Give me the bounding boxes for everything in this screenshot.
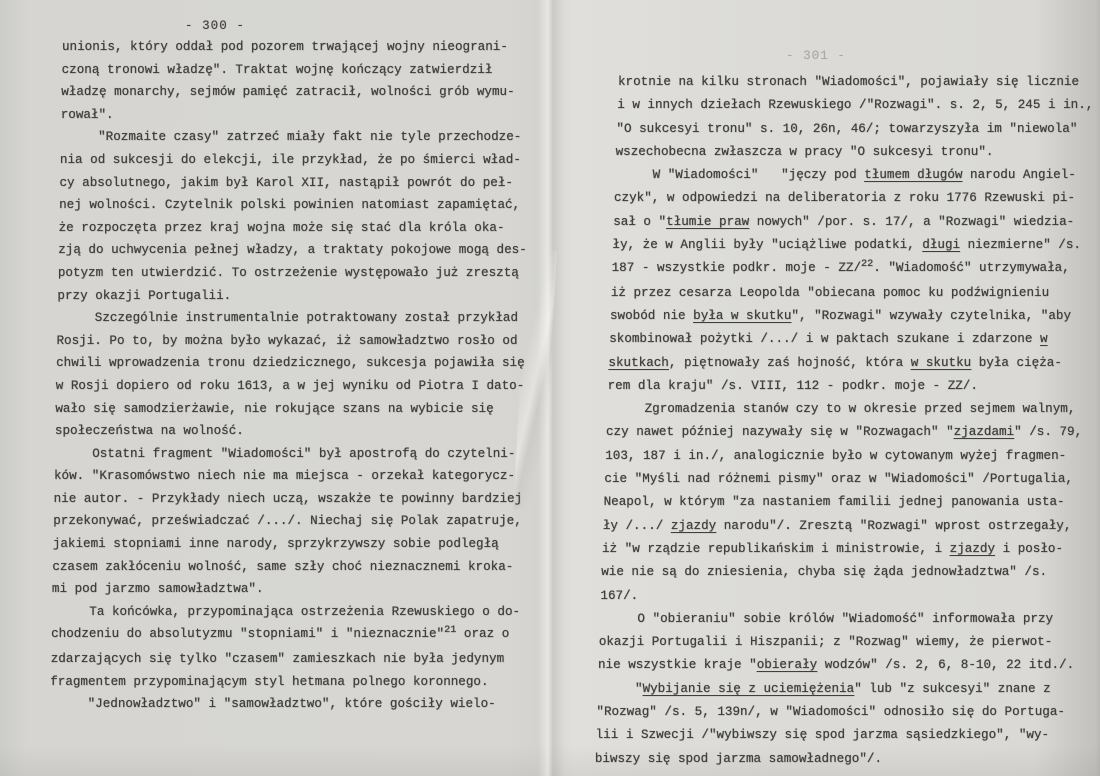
text-segment: O "obieraniu" sobie królów "Wiadomość" i…: [600, 612, 1053, 626]
text-line: potyzm ten utwierdzić. To ostrzeżenie wy…: [58, 262, 527, 285]
text-segment: wało się samodzierżawie, nie rokujące sz…: [55, 402, 493, 416]
text-segment: " /s. 79,: [1014, 425, 1082, 439]
text-segment: niezmierne" /s.: [960, 238, 1081, 252]
text-segment: . "Wiadomość" utrzymywała,: [873, 261, 1070, 275]
text-segment: nie autor. - Przykłady niech uczą, wszak…: [54, 492, 523, 506]
text-line: okazji Portugalii i Hiszpanii; z "Rozwag…: [599, 631, 1094, 654]
text-line: rował".: [61, 104, 527, 127]
text-segment: skombinował pożytki /.../ i w paktach sz…: [609, 332, 1040, 346]
text-line: "Rozwag" /s. 5, 139n/, w "Wiadomości" od…: [596, 701, 1093, 724]
text-line: zją do uchwycenia pełnej władzy, a trakt…: [58, 239, 527, 262]
text-segment: wie nie są do zniesienia, chyba się żąda…: [601, 565, 1047, 579]
text-segment: przy okazji Portugalii.: [57, 289, 231, 303]
text-line: społeczeństwa na wolność.: [55, 420, 527, 443]
text-segment: W "Wiadomości" "jęczy pod: [615, 168, 864, 182]
underlined-phrase: zjazdami: [954, 425, 1014, 439]
text-line: władzę monarchy, sejmów pamięć zatracił,…: [61, 81, 527, 104]
footnote-marker: 22: [861, 253, 873, 276]
text-segment: władzę monarchy, sejmów pamięć zatracił,…: [61, 85, 514, 99]
text-line: Ostatni fragment "Wiadomości" był apostr…: [54, 443, 526, 466]
text-segment: narodu Angiel-: [962, 168, 1075, 182]
text-segment: 167/.: [600, 589, 638, 603]
underlined-phrase: tłumem długów: [864, 168, 962, 182]
text-line: przekonywać, przeświadczać /.../. Niecha…: [53, 510, 527, 533]
text-segment: "Rozwag" /s. 5, 139n/, w "Wiadomości" od…: [596, 705, 1065, 719]
text-line: iż przez cesarza Leopolda "obiecana pomo…: [611, 282, 1094, 305]
text-segment: Neapol, w którym "za nastaniem familii j…: [604, 495, 1065, 509]
text-line: swobód nie była w skutku", "Rozwagi" wzy…: [610, 305, 1093, 328]
text-segment: Szczególnie instrumentalnie potraktowany…: [57, 311, 518, 325]
text-line: czy nawet później nazywały się w "Rozwag…: [606, 421, 1093, 444]
text-line: 167/.: [600, 585, 1093, 608]
text-segment: czoną tronowi władzę". Traktat wojnę koń…: [62, 63, 493, 77]
text-line: ków. "Krasomówstwo niech nie ma miejsca …: [54, 465, 527, 488]
text-segment: przekonywać, przeświadczać /.../. Niecha…: [53, 514, 522, 528]
text-segment: ków. "Krasomówstwo niech nie ma miejsca …: [54, 469, 515, 483]
text-segment: oraz o: [456, 627, 509, 641]
text-line: nia od sukcesji do elekcji, ile przykład…: [60, 149, 527, 172]
text-line: unionis, który oddał pod pozorem trwając…: [62, 36, 527, 59]
text-line: przy okazji Portugalii.: [57, 285, 526, 308]
text-line: krotnie na kilku stronach "Wiadomości", …: [618, 71, 1093, 94]
text-segment: była cięża-: [971, 356, 1062, 370]
text-line: nie autor. - Przykłady niech uczą, wszak…: [54, 488, 527, 511]
text-line: chwili wprowadzenia tronu dziedzicznego,…: [56, 352, 527, 375]
underlined-phrase: zjazdy: [671, 519, 716, 533]
text-segment: Ostatni fragment "Wiadomości" był apostr…: [54, 447, 515, 461]
text-line: Szczególnie instrumentalnie potraktowany…: [57, 307, 527, 330]
text-line: biwszy się spod jarzma samowładnego"/.: [595, 748, 1094, 771]
text-line: ły, że w Anglii były "uciążliwe podatki,…: [612, 234, 1093, 257]
text-line: że rozpoczęta przez kraj wojna może się …: [59, 217, 527, 240]
page-number-right: - 301 -: [786, 49, 846, 63]
text-segment: ", "Rozwagi" wzywały czytelnika, "aby: [791, 309, 1071, 323]
text-segment: cy absolutnego, jakim był Karol XII, nas…: [60, 176, 513, 190]
text-segment: mi pod jarzmo samowładztwa".: [52, 582, 264, 596]
text-segment: nej wolności. Czytelnik polski powinien …: [59, 198, 520, 212]
text-segment: chwili wprowadzenia tronu dziedzicznego,…: [56, 356, 525, 370]
text-segment: iż przez cesarza Leopolda "obiecana pomo…: [611, 286, 1049, 300]
text-line: czoną tronowi władzę". Traktat wojnę koń…: [62, 59, 527, 82]
text-line: Zgromadzenia stanów czy to w okresie prz…: [607, 398, 1094, 421]
text-segment: nie wszystkie kraje ": [598, 658, 757, 672]
text-segment: i posło-: [995, 542, 1063, 556]
underlined-phrase: Wybijanie się z uciemiężenia: [643, 682, 855, 696]
text-segment: rem dla kraju" /s. VIII, 112 - podkr. mo…: [608, 379, 978, 393]
text-segment: "Jednowładztwo" i "samowładztwo", które …: [50, 697, 496, 711]
text-line: Neapol, w którym "za nastaniem familii j…: [604, 491, 1094, 514]
text-segment: , piętnowały zaś hojność, która: [669, 356, 911, 370]
text-segment: czasem zakłóceniu wolność, same szły cho…: [52, 560, 513, 574]
text-segment: ły, że w Anglii były "uciążliwe podatki,: [612, 238, 922, 252]
text-line: i w innych dziełach Rzewuskiego /"Rozwag…: [617, 94, 1093, 117]
text-segment: lii i Szwecji /"wybiwszy się spod jarzma…: [596, 728, 1049, 742]
text-segment: 187 - wszystkie podkr. moje - ZZ/: [612, 261, 861, 275]
text-line: rem dla kraju" /s. VIII, 112 - podkr. mo…: [608, 375, 1094, 398]
text-line: Rosji. Po to, by można było wykazać, iż …: [57, 330, 527, 353]
text-line: cie "Myśli nad różnemi pismy" oraz w "Wi…: [604, 468, 1093, 491]
underlined-phrase: obierały: [757, 658, 817, 672]
text-segment: czyk", w odpowiedzi na deliberatoria z r…: [614, 191, 1075, 205]
text-segment: ły /.../: [603, 519, 671, 533]
text-line: wszechobecna zwłaszcza w pracy "O sukces…: [616, 141, 1094, 164]
text-segment: nia od sukcesji do elekcji, ile przykład…: [60, 153, 521, 167]
footnote-marker: 21: [444, 620, 456, 643]
text-line: "Rozmaite czasy" zatrzeć miały fakt nie …: [60, 126, 526, 149]
text-line: nie wszystkie kraje "obierały wodzów" /s…: [598, 654, 1093, 677]
text-line: 103, 187 i in./, analogicznie było w cyt…: [605, 445, 1093, 468]
text-segment: Ta końcówka, przypominająca ostrzeżenia …: [52, 605, 521, 619]
text-line: O "obieraniu" sobie królów "Wiadomość" i…: [600, 608, 1094, 631]
text-line: w Rosji dopiero od roku 1613, a w jej wy…: [56, 375, 527, 398]
text-segment: wodzów" /s. 2, 6, 8-10, 22 itd./.: [817, 658, 1074, 672]
text-line: ły /.../ zjazdy narodu"/. Zresztą "Rozwa…: [603, 515, 1094, 538]
text-segment: iż "w rządzie republikańskim i ministrow…: [602, 542, 950, 556]
text-line: W "Wiadomości" "jęczy pod tłumem długów …: [615, 164, 1094, 187]
text-line: 187 - wszystkie podkr. moje - ZZ/22. "Wi…: [612, 257, 1094, 281]
text-line: "O sukcesyi tronu" s. 10, 26n, 46/; towa…: [616, 118, 1093, 141]
text-segment: "Rozmaite czasy" zatrzeć miały fakt nie …: [60, 130, 521, 144]
text-segment: fragmentem przypominającym styl hetmana …: [50, 675, 488, 689]
text-segment: sał o ": [613, 215, 666, 229]
text-segment: czy nawet później nazywały się w "Rozwag…: [606, 425, 954, 439]
text-segment: cie "Myśli nad różnemi pismy" oraz w "Wi…: [604, 472, 1073, 486]
underlined-phrase: w skutku: [911, 356, 971, 370]
text-line: jakiemi stopniami inne narody, sprzykrzy…: [53, 533, 527, 556]
text-line: chodzeniu do absolutyzmu "stopniami" i "…: [51, 623, 527, 648]
text-segment: zją do uchwycenia pełnej władzy, a trakt…: [58, 243, 527, 257]
text-segment: potyzm ten utwierdzić. To ostrzeżenie wy…: [58, 266, 519, 280]
text-segment: Rosji. Po to, by można było wykazać, iż …: [57, 334, 518, 348]
page-left-text: unionis, który oddał pod pozorem trwając…: [62, 36, 527, 716]
text-line: skutkach, piętnowały zaś hojność, która …: [608, 352, 1093, 375]
text-segment: w Rosji dopiero od roku 1613, a w jej wy…: [56, 379, 525, 393]
scanned-spread: - 300 - - 301 - unionis, który oddał pod…: [0, 0, 1100, 776]
underlined-phrase: tłumie praw: [666, 215, 749, 229]
text-segment: wszechobecna zwłaszcza w pracy "O sukces…: [616, 145, 994, 159]
text-line: zdarzających się tylko "czasem" zamieszk…: [51, 648, 527, 671]
text-line: czasem zakłóceniu wolność, same szły cho…: [52, 556, 526, 579]
text-segment: swobód nie: [610, 309, 693, 323]
text-line: nej wolności. Czytelnik polski powinien …: [59, 194, 527, 217]
underlined-phrase: w: [1040, 332, 1048, 346]
text-segment: jakiemi stopniami inne narody, sprzykrzy…: [53, 537, 499, 551]
text-segment: Zgromadzenia stanów czy to w okresie prz…: [607, 402, 1076, 416]
text-segment: społeczeństwa na wolność.: [55, 424, 244, 438]
text-segment: narodu"/. Zresztą "Rozwagi" wprost ostrz…: [716, 519, 1071, 533]
text-line: fragmentem przypominającym styl hetmana …: [50, 671, 527, 694]
text-segment: "O sukcesyi tronu" s. 10, 26n, 46/; towa…: [616, 122, 1077, 136]
text-segment: " lub "z sukcesyi" znane z: [854, 682, 1051, 696]
text-line: lii i Szwecji /"wybiwszy się spod jarzma…: [596, 724, 1094, 747]
page-right-text: krotnie na kilku stronach "Wiadomości", …: [618, 71, 1093, 771]
text-line: cy absolutnego, jakim był Karol XII, nas…: [60, 172, 527, 195]
page-gutter-shadow: [538, 0, 564, 776]
text-segment: biwszy się spod jarzma samowładnego"/.: [595, 752, 882, 766]
text-line: iż "w rządzie republikańskim i ministrow…: [602, 538, 1093, 561]
text-line: wie nie są do zniesienia, chyba się żąda…: [601, 561, 1093, 584]
text-line: "Wybijanie się z uciemiężenia" lub "z su…: [597, 678, 1093, 701]
text-segment: nowych" /por. s. 17/, a "Rozwagi" wiedzi…: [749, 215, 1074, 229]
text-segment: ": [597, 682, 642, 696]
underlined-phrase: skutkach: [608, 356, 668, 370]
page-number-left: - 300 -: [185, 19, 245, 33]
underlined-phrase: długi: [922, 238, 960, 252]
text-line: wało się samodzierżawie, nie rokujące sz…: [55, 398, 526, 421]
text-line: mi pod jarzmo samowładztwa".: [52, 578, 527, 601]
text-segment: unionis, który oddał pod pozorem trwając…: [62, 40, 508, 54]
text-segment: i w innych dziełach Rzewuskiego /"Rozwag…: [617, 98, 1093, 112]
text-segment: zdarzających się tylko "czasem" zamieszk…: [51, 652, 504, 666]
text-segment: chodzeniu do absolutyzmu "stopniami" i "…: [51, 627, 444, 641]
text-line: czyk", w odpowiedzi na deliberatoria z r…: [614, 187, 1093, 210]
text-segment: że rozpoczęta przez kraj wojna może się …: [59, 221, 505, 235]
underlined-phrase: była w skutku: [693, 309, 791, 323]
text-segment: 103, 187 i in./, analogicznie było w cyt…: [605, 449, 1066, 463]
text-line: skombinował pożytki /.../ i w paktach sz…: [609, 328, 1093, 351]
text-line: "Jednowładztwo" i "samowładztwo", które …: [50, 693, 527, 716]
text-line: sał o "tłumie praw nowych" /por. s. 17/,…: [613, 211, 1093, 234]
text-segment: okazji Portugalii i Hiszpanii; z "Rozwag…: [599, 635, 1052, 649]
underlined-phrase: zjazdy: [950, 542, 995, 556]
text-segment: rował".: [61, 108, 114, 122]
text-segment: krotnie na kilku stronach "Wiadomości", …: [618, 75, 1079, 89]
